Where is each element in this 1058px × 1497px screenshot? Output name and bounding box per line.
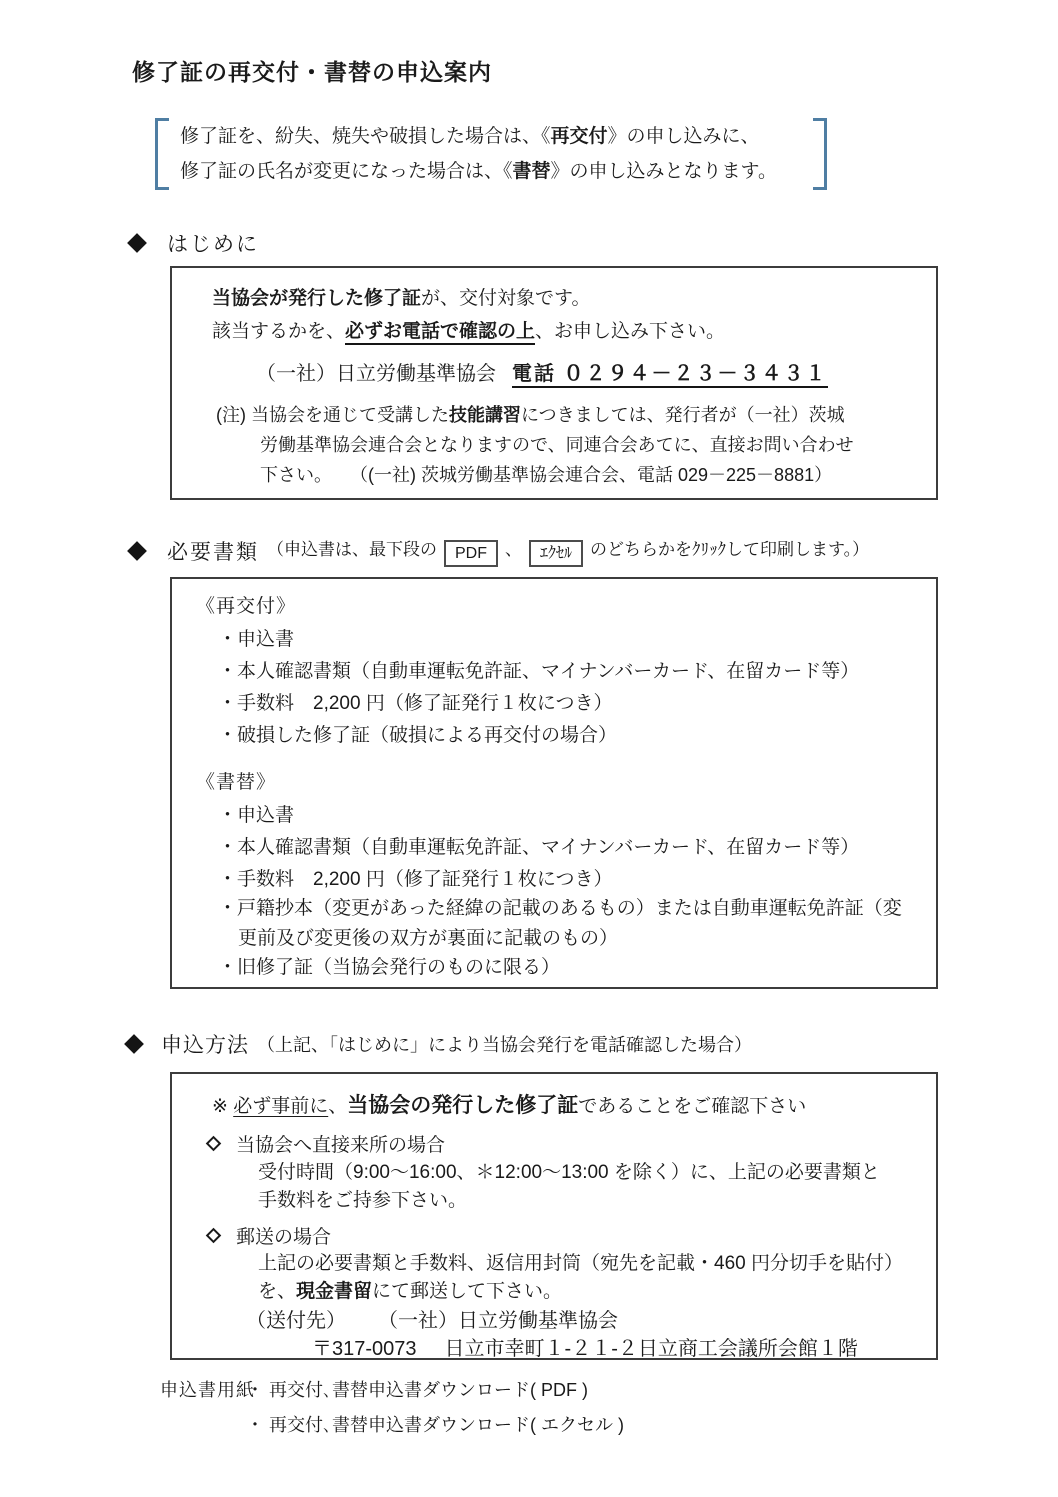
org-phone-line: （一社）日立労働基準協会電話 ０２９４－２３－３４３１ xyxy=(256,357,828,386)
section-heading-note: （申込書は、最下段のPDF、ｴｸｾﾙのどちらかをｸﾘｯｸして印刷します。） xyxy=(267,535,869,567)
intro-line-1-post: 》の申し込みに、 xyxy=(608,126,760,147)
excel-chip: ｴｸｾﾙ xyxy=(529,540,583,567)
visit-case-line-2: 手数料をご持参下さい。 xyxy=(258,1185,467,1212)
visit-case-line-1: 受付時間（9:00～16:00、＊12:00～13:00 を除く）に、上記の必要… xyxy=(258,1157,880,1184)
mail-line-2-post: にて郵送して下さい。 xyxy=(372,1281,562,1302)
mail-case-line-1: 上記の必要書類と手数料、返信用封筒（宛先を記載・460 円分切手を貼付） xyxy=(258,1248,903,1275)
rewrite-group-title: 《書替》 xyxy=(196,767,276,794)
rewrite-item: ・申込書 xyxy=(218,800,294,827)
rewrite-item-continuation: 更前及び変更後の双方が裏面に記載のもの） xyxy=(238,923,618,950)
street-address: 日立市幸町１-２１-２日立商工会議所会館１階 xyxy=(445,1338,858,1360)
document-page: 修了証の再交付・書替の申込案内 修了証を、紛失、焼失や破損した場合は、《再交付》… xyxy=(0,0,1058,1497)
phone-number: 電話 ０２９４－２３－３４３１ xyxy=(512,363,828,388)
rewrite-item: ・旧修了証（当協会発行のものに限る） xyxy=(218,952,560,979)
page-title: 修了証の再交付・書替の申込案内 xyxy=(132,54,492,87)
confirm-line-pre: 該当するかを、 xyxy=(212,321,345,342)
note-line-1: (注) 当協会を通じて受講した技能講習につきましては、発行者が（一社）茨城 xyxy=(216,401,845,427)
reissue-group-title: 《再交付》 xyxy=(196,591,296,618)
mail-case-line-2: を、現金書留にて郵送して下さい。 xyxy=(258,1276,562,1303)
target-line-bold: 当協会が発行した修了証 xyxy=(212,288,421,309)
confirm-line-emphasis: 必ずお電話で確認の上 xyxy=(345,321,535,345)
intro-line-2-pre: 修了証の氏名が変更になった場合は、《 xyxy=(180,161,513,182)
org-name: （一社）日立労働基準協会 xyxy=(256,363,496,385)
mail-line-2-bold: 現金書留 xyxy=(296,1281,372,1302)
note-line-1-pre: (注) 当協会を通じて受講した xyxy=(216,405,449,425)
section-heading-note: （上記、「はじめに」により当協会発行を電話確認した場合） xyxy=(257,1031,752,1057)
postal-code: 〒317-0073 xyxy=(312,1338,417,1360)
note-line-1-post: につきましては、発行者が（一社）茨城 xyxy=(521,405,845,425)
filled-diamond-icon xyxy=(124,1034,144,1054)
caution-post: であることをご確認下さい xyxy=(578,1096,806,1117)
section-heading-moshikomi: 申込方法 （上記、「はじめに」により当協会発行を電話確認した場合） xyxy=(127,1029,752,1059)
required-documents-box: 《再交付》 ・申込書 ・本人確認書類（自動車運転免許証、マイナンバーカード、在留… xyxy=(170,577,938,989)
intro-line-2-post: 》の申し込みとなります。 xyxy=(551,161,777,182)
destination-line: （送付先）（一社）日立労働基準協会 xyxy=(246,1304,618,1333)
intro-line-1: 修了証を、紛失、焼失や破損した場合は、《再交付》の申し込みに、 xyxy=(180,119,777,154)
address-line: 〒317-0073日立市幸町１-２１-２日立商工会議所会館１階 xyxy=(312,1332,858,1361)
heading-note-pre: （申込書は、最下段の xyxy=(267,540,437,559)
caution-bold: 当協会の発行した修了証 xyxy=(347,1094,578,1117)
note-line-3: 下さい。 （(一社) 茨城労働基準協会連合会、電話 029－225－8881） xyxy=(260,461,832,487)
intro-line-1-bold: 再交付 xyxy=(551,126,608,147)
caution-underlined: 必ず事前に xyxy=(233,1096,328,1117)
confirm-line-post: 、お申し込み下さい。 xyxy=(535,321,725,342)
caution-mid: 、 xyxy=(328,1096,347,1117)
hollow-diamond-icon xyxy=(206,1136,222,1152)
visit-case-title-row: 当協会へ直接来所の場合 xyxy=(208,1130,445,1157)
application-method-box: ※ 必ず事前に、当協会の発行した修了証であることをご確認下さい 当協会へ直接来所… xyxy=(170,1072,938,1360)
target-line: 当協会が発行した修了証が、交付対象です。 xyxy=(212,283,591,310)
section-heading-label: 申込方法 xyxy=(161,1029,249,1059)
destination-org: （一社）日立労働基準協会 xyxy=(388,1310,618,1332)
intro-line-2: 修了証の氏名が変更になった場合は、《書替》の申し込みとなります。 xyxy=(180,154,777,189)
confirm-line: 該当するかを、必ずお電話で確認の上、お申し込み下さい。 xyxy=(212,316,725,343)
section-heading-hajimeni: はじめに xyxy=(130,228,259,258)
mail-line-2-pre: を、 xyxy=(258,1281,296,1302)
download-link-excel[interactable]: ・ 再交付､書替申込書ダウンロード( エクセル ) xyxy=(246,1411,624,1437)
reissue-item: ・本人確認書類（自動車運転免許証、マイナンバーカード、在留カード等） xyxy=(218,656,859,683)
caution-mark: ※ xyxy=(212,1096,233,1117)
intro-line-1-pre: 修了証を、紛失、焼失や破損した場合は、《 xyxy=(180,126,551,147)
reissue-item: ・破損した修了証（破損による再交付の場合） xyxy=(218,720,617,747)
rewrite-item: ・本人確認書類（自動車運転免許証、マイナンバーカード、在留カード等） xyxy=(218,832,859,859)
right-bracket xyxy=(813,118,827,190)
heading-note-comma: 、 xyxy=(505,540,522,559)
intro-line-2-bold: 書替 xyxy=(513,161,551,182)
note-line-1-bold: 技能講習 xyxy=(449,405,521,425)
rewrite-item: ・手数料 2,200 円（修了証発行１枚につき） xyxy=(218,864,612,891)
section-heading-label: 必要書類 xyxy=(167,536,259,566)
reissue-item: ・申込書 xyxy=(218,624,294,651)
hajimeni-info-box: 当協会が発行した修了証が、交付対象です。 該当するかを、必ずお電話で確認の上、お… xyxy=(170,266,938,500)
heading-note-post: のどちらかをｸﾘｯｸして印刷します。） xyxy=(590,540,869,559)
left-bracket xyxy=(155,118,169,190)
filled-diamond-icon xyxy=(127,233,147,253)
intro-note: 修了証を、紛失、焼失や破損した場合は、《再交付》の申し込みに、 修了証の氏名が変… xyxy=(155,118,827,190)
hollow-diamond-icon xyxy=(206,1228,222,1244)
download-link-pdf[interactable]: ・ 再交付､書替申込書ダウンロード( PDF ) xyxy=(246,1376,588,1402)
visit-case-title: 当協会へ直接来所の場合 xyxy=(236,1130,445,1157)
filled-diamond-icon xyxy=(127,541,147,561)
caution-line: ※ 必ず事前に、当協会の発行した修了証であることをご確認下さい xyxy=(212,1089,806,1119)
section-heading-label: はじめに xyxy=(167,228,259,258)
destination-label: （送付先） xyxy=(246,1310,346,1332)
mail-case-title-row: 郵送の場合 xyxy=(208,1222,331,1249)
rewrite-item: ・戸籍抄本（変更があった経緯の記載のあるもの）または自動車運転免許証（変 xyxy=(218,893,902,920)
section-heading-hitsuyo-shorui: 必要書類 （申込書は、最下段のPDF、ｴｸｾﾙのどちらかをｸﾘｯｸして印刷します… xyxy=(130,535,869,567)
application-form-label: 申込書用紙 xyxy=(160,1376,255,1402)
target-line-rest: が、交付対象です。 xyxy=(421,288,590,309)
mail-case-title: 郵送の場合 xyxy=(236,1222,331,1249)
pdf-chip: PDF xyxy=(444,540,498,567)
reissue-item: ・手数料 2,200 円（修了証発行１枚につき） xyxy=(218,688,612,715)
note-line-2: 労働基準協会連合会となりますので、同連合会あてに、直接お問い合わせ xyxy=(260,431,854,457)
